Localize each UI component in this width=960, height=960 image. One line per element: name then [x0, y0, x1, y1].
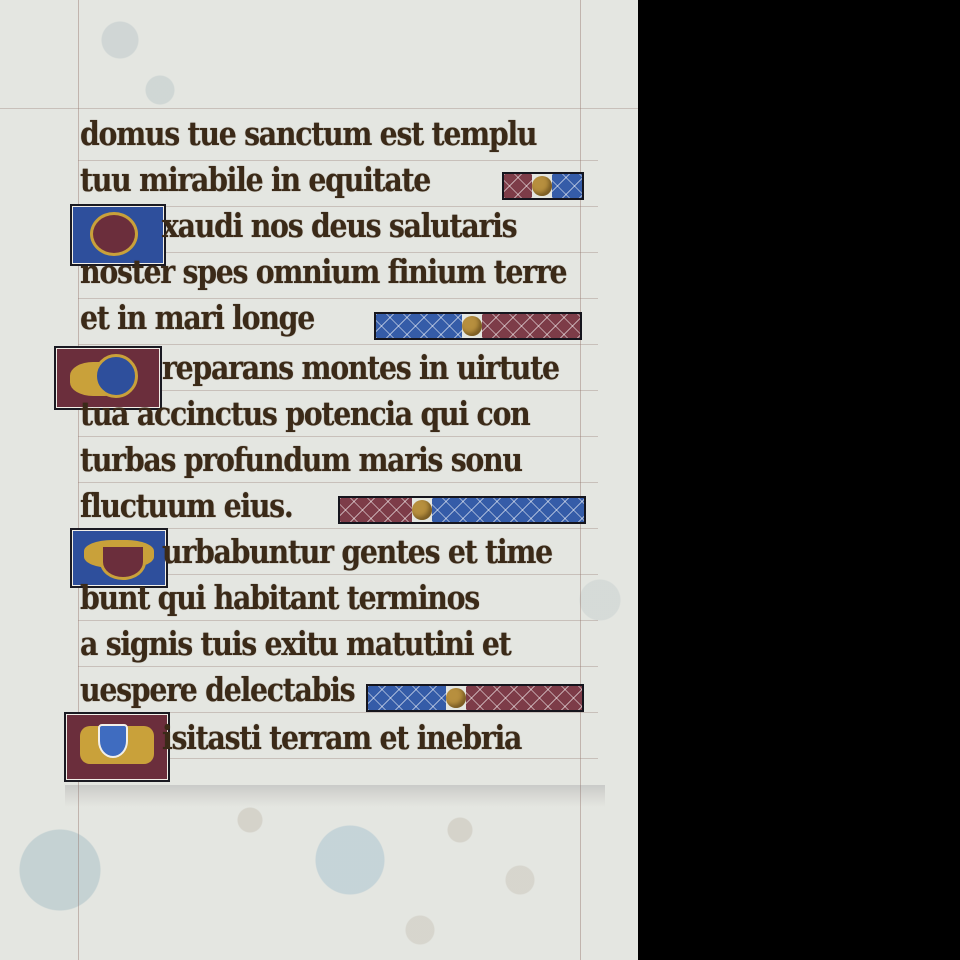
text-line: a signis tuis exitu matutini et — [80, 624, 510, 670]
text-line: xaudi nos deus salutaris — [162, 206, 516, 252]
text-line: isitasti terram et inebria — [162, 718, 521, 764]
right-ruling-line — [580, 0, 581, 960]
illuminated-initial-v — [64, 712, 170, 782]
line-filler — [338, 496, 586, 524]
text-line: reparans montes in uirtute — [162, 348, 559, 394]
gold-dot-icon — [532, 176, 552, 196]
black-background-area — [638, 0, 960, 960]
initial-p-bowl — [94, 354, 138, 398]
text-line: turbas profundum maris sonu — [80, 440, 522, 486]
text-line: domus tue sanctum est templu — [80, 114, 536, 160]
text-line: uespere delectabis — [80, 670, 354, 716]
initial-e-bowl — [90, 212, 138, 256]
text-line: tuu mirabile in equitate — [80, 160, 430, 206]
text-line: fluctuum eius. — [80, 486, 292, 532]
gold-dot-icon — [462, 316, 482, 336]
line-filler — [502, 172, 584, 200]
gold-dot-icon — [446, 688, 466, 708]
line-filler — [374, 312, 582, 340]
left-ruling-line — [78, 0, 79, 960]
lower-smudge — [65, 785, 605, 807]
ruling-line — [78, 344, 598, 345]
initial-t-bowl — [100, 544, 146, 580]
initial-v-shield — [98, 724, 128, 758]
text-line: urbabuntur gentes et time — [162, 532, 552, 578]
top-ruling-line — [0, 108, 638, 109]
text-line: tua accinctus potencia qui con — [80, 394, 529, 440]
line-filler — [366, 684, 584, 712]
text-line: bunt qui habitant terminos — [80, 578, 479, 624]
manuscript-leaf: domus tue sanctum est templu tuu mirabil… — [0, 0, 638, 960]
text-line: noster spes omnium finium terre — [80, 252, 566, 298]
text-line: et in mari longe — [80, 298, 314, 344]
gold-dot-icon — [412, 500, 432, 520]
